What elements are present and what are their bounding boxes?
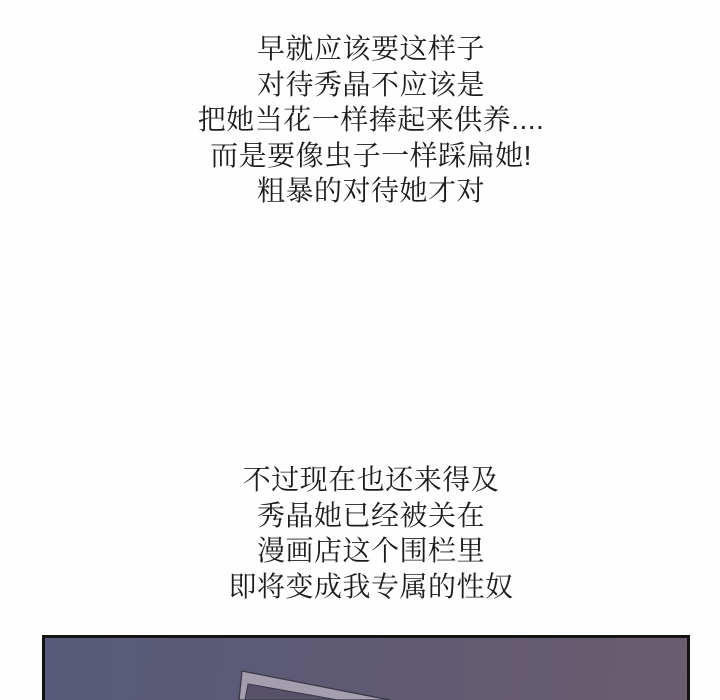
narration-line: 不过现在也还来得及 [11, 462, 720, 498]
narration-block-top: 早就应该要这样子 对待秀晶不应该是 把她当花一样捧起来供养.... 而是要像虫子… [11, 31, 720, 209]
narration-line: 粗暴的对待她才对 [11, 173, 720, 209]
doorframe-graphic [45, 638, 687, 700]
narration-line: 早就应该要这样子 [11, 31, 720, 67]
narration-line: 漫画店这个围栏里 [11, 533, 720, 569]
narration-line: 对待秀晶不应该是 [11, 67, 720, 103]
narration-line: 即将变成我专属的性奴 [11, 569, 720, 605]
narration-block-bottom: 不过现在也还来得及 秀晶她已经被关在 漫画店这个围栏里 即将变成我专属的性奴 [11, 462, 720, 604]
narration-line: 把她当花一样捧起来供养.... [11, 102, 720, 138]
narration-line: 秀晶她已经被关在 [11, 498, 720, 534]
comic-page: 早就应该要这样子 对待秀晶不应该是 把她当花一样捧起来供养.... 而是要像虫子… [0, 0, 720, 700]
narration-line: 而是要像虫子一样踩扁她! [11, 138, 720, 174]
comic-panel [42, 635, 690, 700]
